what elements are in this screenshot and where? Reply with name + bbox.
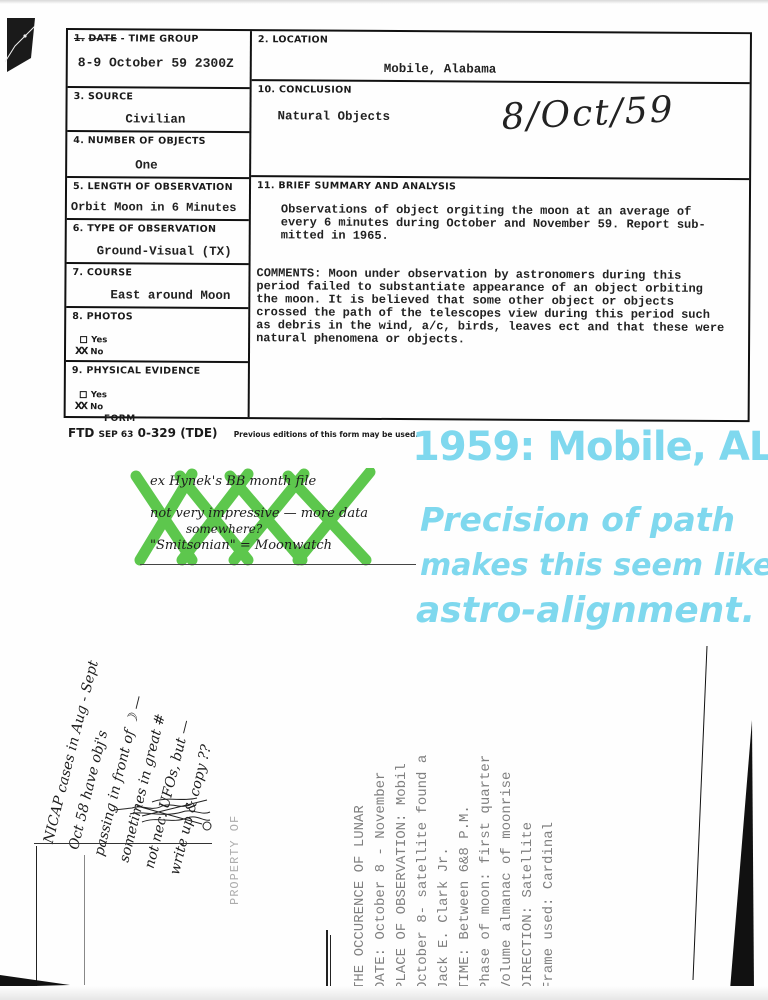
- faded-stamp-text: PROPERTY OF: [228, 815, 242, 905]
- rotated-handwritten-note: NICAP cases in Aug - Sept Oct 58 have ob…: [36, 588, 254, 879]
- evidence-options: Yes XXNo: [80, 390, 107, 413]
- field-label: PHYSICAL EVIDENCE: [86, 365, 200, 377]
- field-num: 3.: [74, 91, 85, 102]
- field-physical-evidence: 9. PHYSICAL EVIDENCE Yes XXNo: [66, 362, 248, 419]
- field-length-of-observation: 5. LENGTH OF OBSERVATION Orbit Moon in 6…: [67, 178, 249, 221]
- option-yes: Yes: [80, 390, 107, 401]
- field-value-number-of-objects: One: [135, 158, 158, 172]
- field-num: 1.: [74, 33, 85, 44]
- field-label: PHOTOS: [87, 311, 133, 322]
- field-photos: 8. PHOTOS Yes XXNo: [66, 308, 248, 363]
- form-right-column: 2. LOCATION Mobile, Alabama 10. CONCLUSI…: [250, 31, 750, 420]
- field-label: TYPE OF OBSERVATION: [87, 223, 216, 235]
- field-value-location: Mobile, Alabama: [384, 62, 497, 77]
- divider-line: [34, 843, 212, 844]
- field-course: 7. COURSE East around Moon: [66, 264, 248, 309]
- field-num: 11.: [257, 180, 275, 191]
- field-value-source: Civilian: [125, 112, 185, 126]
- field-date-time-group: 1. DATE - TIME GROUP 8-9 October 59 2300…: [68, 30, 250, 89]
- scan-artifact-line: [84, 855, 85, 985]
- checkbox-empty-icon: [80, 391, 87, 398]
- blue-note-line: makes this seem like: [420, 548, 768, 583]
- previous-editions-note: Previous editions of this form may be us…: [234, 430, 419, 439]
- page-edge-shadow: [0, 0, 768, 4]
- field-num: 8.: [72, 311, 83, 322]
- field-type-of-observation: 6. TYPE OF OBSERVATION Ground-Visual (TX…: [67, 220, 249, 265]
- handwritten-date: 8/Oct/59: [501, 89, 676, 138]
- field-label: COURSE: [87, 267, 132, 278]
- field-label: CONCLUSION: [279, 84, 352, 95]
- field-brief-summary: 11. BRIEF SUMMARY AND ANALYSIS Observati…: [250, 177, 749, 422]
- field-source: 3. SOURCE Civilian: [67, 88, 249, 133]
- blue-note-title: 1959: Mobile, AL: [412, 424, 768, 470]
- field-number-of-objects: 4. NUMBER OF OBJECTS One: [67, 132, 249, 179]
- form-footer-label: FORM: [104, 414, 136, 424]
- checkbox-empty-icon: [80, 336, 87, 343]
- option-no: XXNo: [80, 346, 107, 358]
- field-value-course: East around Moon: [110, 288, 230, 303]
- comments-text: COMMENTS: Moon under observation by astr…: [256, 267, 756, 348]
- field-num: 10.: [258, 84, 276, 95]
- summary-text: Observations of object orgiting the moon…: [281, 203, 751, 245]
- option-yes: Yes: [80, 335, 107, 346]
- faded-rotated-typed-text: THE OCCURENCE OF LUNAR DATE: October 8 -…: [350, 755, 560, 990]
- scan-artifact-line: [36, 846, 37, 986]
- field-conclusion: 10. CONCLUSION Natural Objects 8/Oct/59: [251, 81, 750, 180]
- pen-note-line: somewhere?: [186, 522, 262, 536]
- field-label: SOURCE: [88, 91, 133, 102]
- field-num: 7.: [72, 267, 83, 278]
- corner-fold-mark: [5, 16, 35, 72]
- struck-label: DATE: [88, 33, 117, 44]
- field-num: 6.: [73, 223, 84, 234]
- field-value-type: Ground-Visual (TX): [97, 244, 232, 259]
- form-footer: FTD SEP 63 0-329 (TDE) Previous editions…: [68, 426, 418, 440]
- field-label: LOCATION: [272, 34, 328, 45]
- pen-note-line: ex Hynek's BB month file: [150, 474, 316, 489]
- page-edge-shadow: [0, 986, 768, 1000]
- option-no: XXNo: [80, 401, 107, 413]
- blue-note-line: astro-alignment.: [416, 590, 755, 631]
- field-label: NUMBER OF OBJECTS: [88, 135, 206, 147]
- pen-note-line: not very impressive — more data: [150, 506, 368, 521]
- field-label: BRIEF SUMMARY AND ANALYSIS: [278, 180, 456, 192]
- field-num: 9.: [72, 365, 83, 376]
- field-num: 4.: [73, 135, 84, 146]
- field-num: 5.: [73, 181, 84, 192]
- scan-artifact-line: [326, 930, 328, 990]
- field-value-date: 8-9 October 59 2300Z: [78, 55, 234, 71]
- field-label: - TIME GROUP: [121, 33, 199, 44]
- field-num: 2.: [258, 34, 269, 45]
- scribbled-signature: [112, 794, 212, 834]
- field-value-conclusion: Natural Objects: [277, 109, 390, 124]
- typed-x-mark-icon: XX: [75, 346, 86, 357]
- field-value-length: Orbit Moon in 6 Minutes: [71, 200, 237, 215]
- scan-artifact-line: [690, 640, 710, 980]
- blue-note-line: Precision of path: [420, 500, 735, 539]
- project-card-form: 1. DATE - TIME GROUP 8-9 October 59 2300…: [64, 28, 752, 422]
- form-left-column: 1. DATE - TIME GROUP 8-9 October 59 2300…: [66, 30, 252, 417]
- scanned-document-page: 1. DATE - TIME GROUP 8-9 October 59 2300…: [0, 0, 768, 1000]
- page-edge-shadow-wedge: [730, 720, 756, 990]
- typed-x-mark-icon: XX: [75, 401, 86, 412]
- pen-note-line: "Smitsonian" = Moonwatch: [150, 538, 332, 553]
- field-location: 2. LOCATION Mobile, Alabama: [252, 31, 750, 84]
- scan-artifact-line: [330, 935, 331, 990]
- divider-line: [140, 564, 416, 565]
- photos-options: Yes XXNo: [80, 335, 107, 358]
- field-label: LENGTH OF OBSERVATION: [87, 181, 232, 193]
